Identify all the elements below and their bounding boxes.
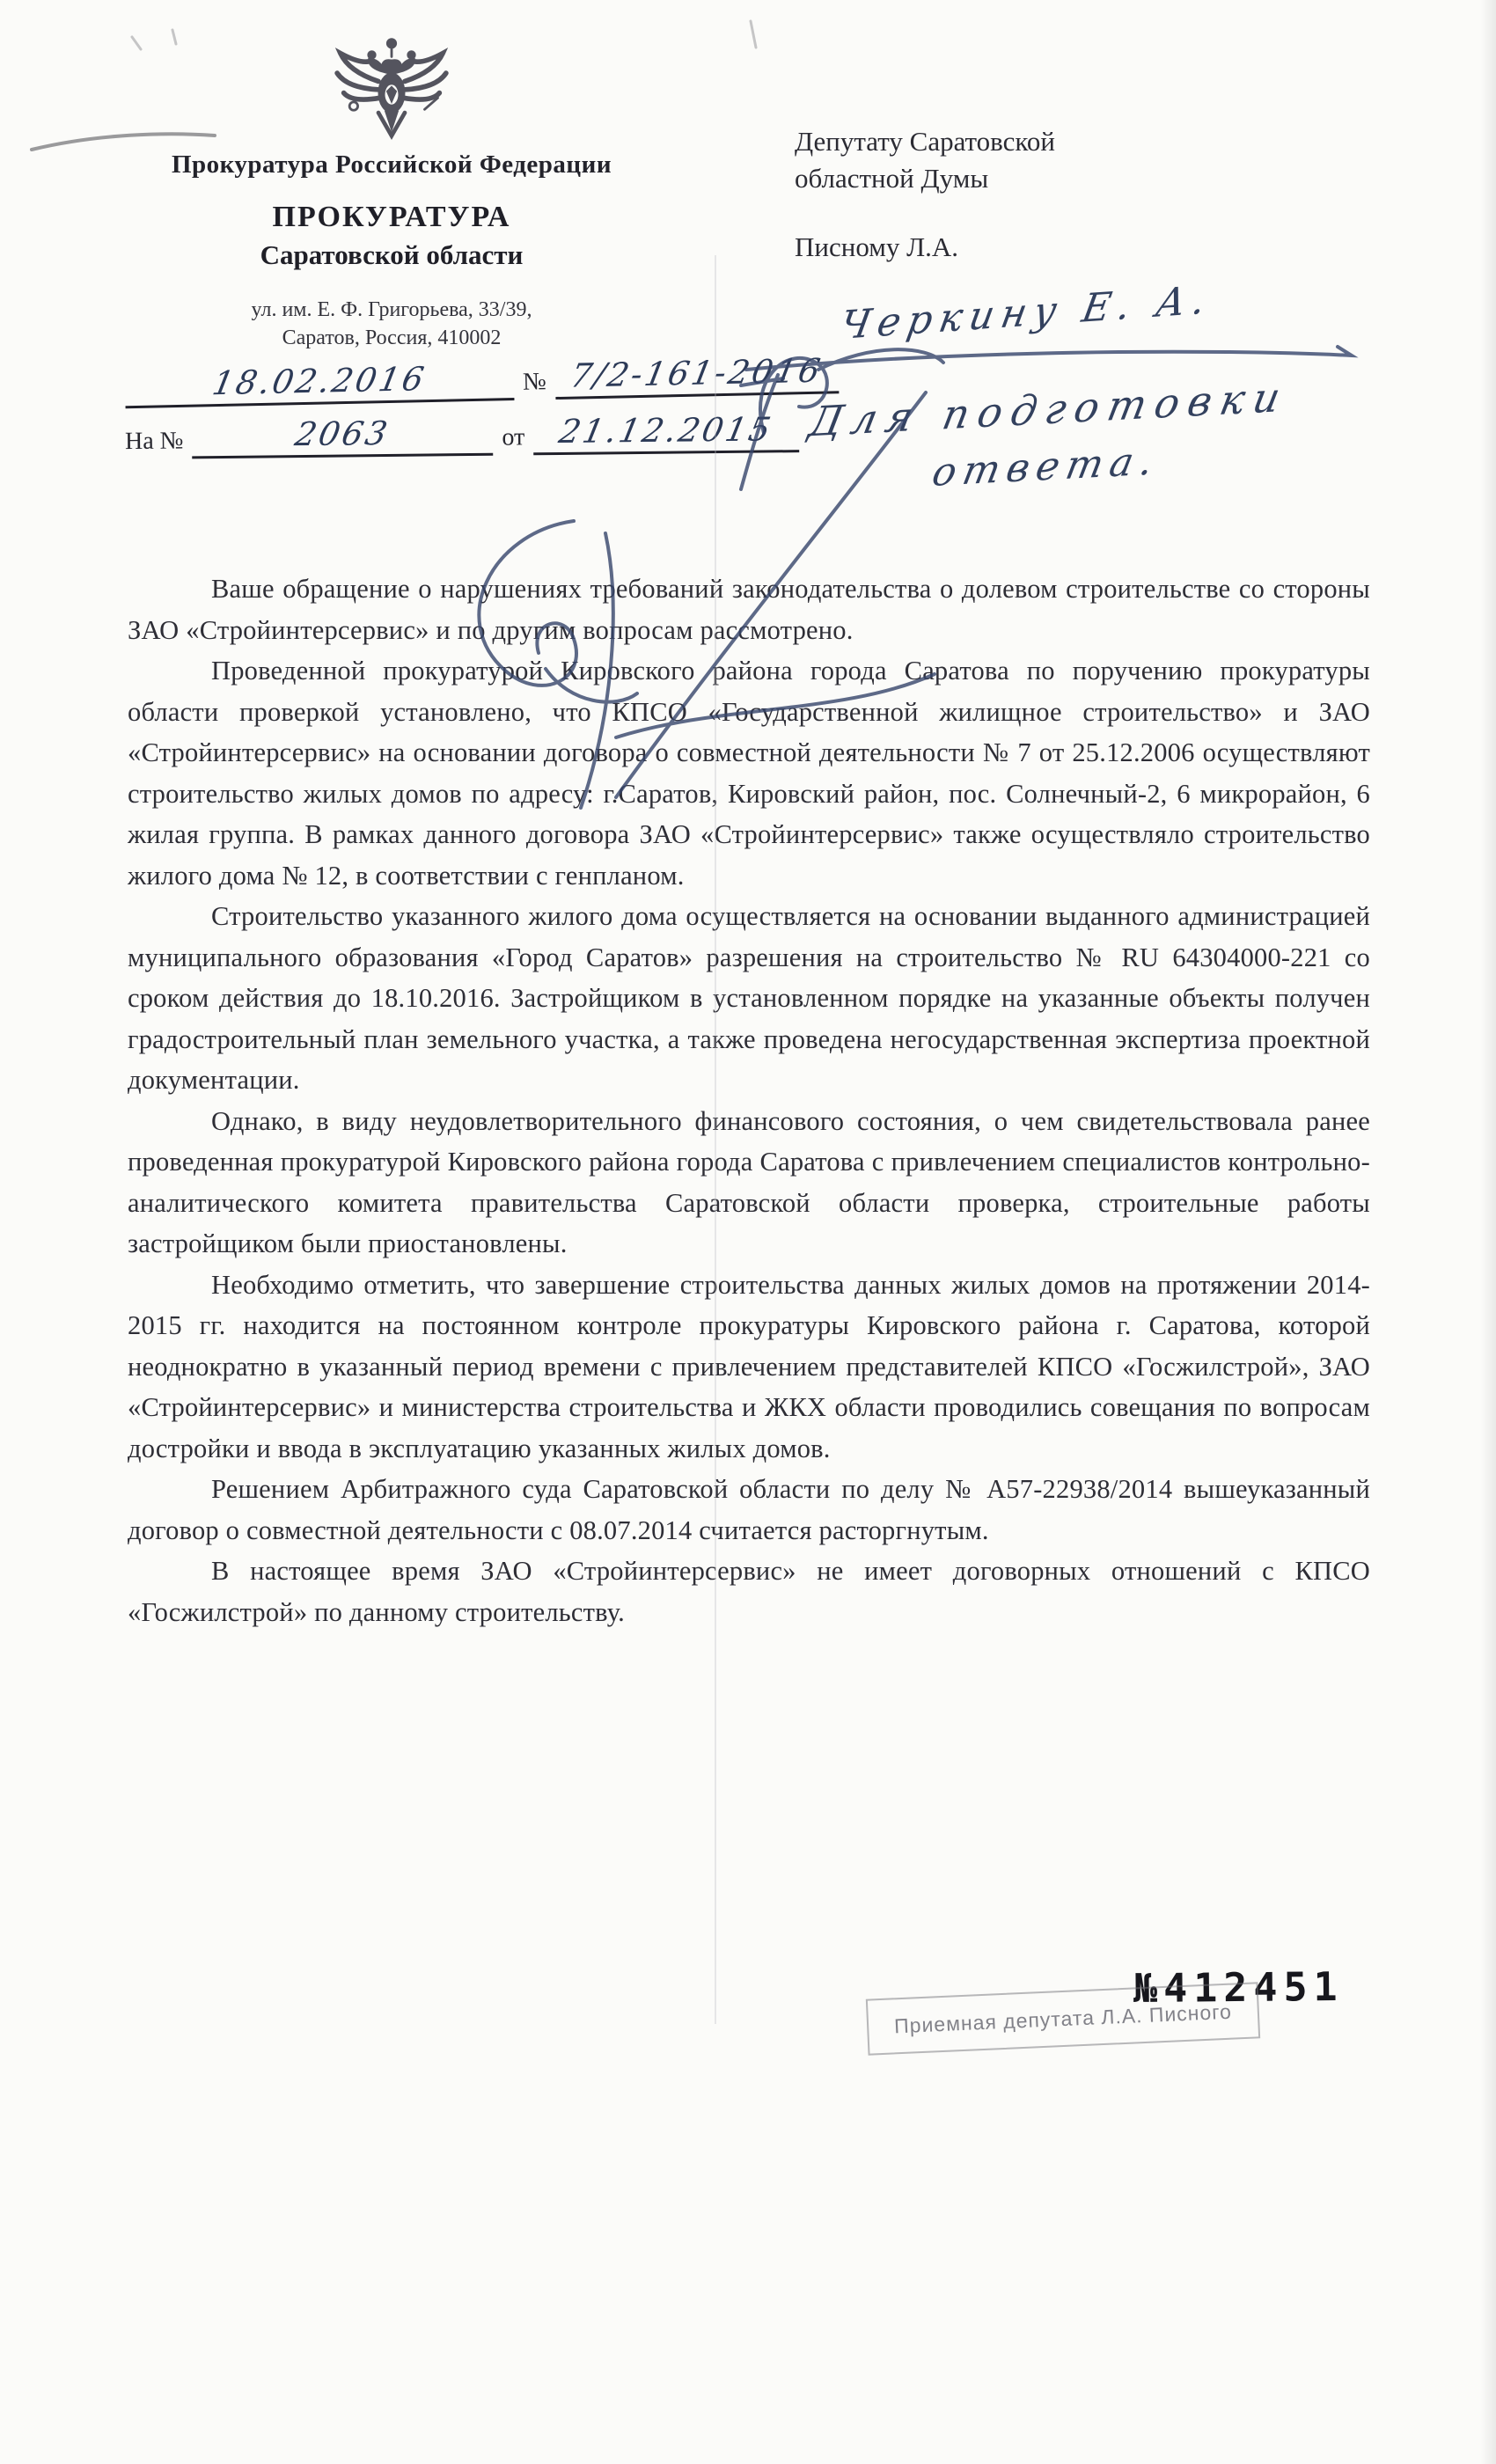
scan-artifact-vertical-line	[715, 255, 716, 2024]
paragraph-3: Строительство указанного жилого дома осу…	[128, 896, 1370, 1101]
org-federation-line: Прокуратура Российской Федерации	[110, 150, 673, 180]
deputy-reception-stamp-text: Приемная депутата Л.А. Писного	[894, 1999, 1233, 2038]
paragraph-6: Решением Арбитражного суда Саратовской о…	[128, 1469, 1370, 1551]
paragraph-4: Однако, в виду неудовлетворительного фин…	[128, 1101, 1370, 1265]
number-label: №	[514, 368, 555, 400]
org-address: ул. им. Е. Ф. Григорьева, 33/39, Саратов…	[110, 296, 673, 352]
handwritten-note-line1: Черкину Е. А.	[837, 277, 1216, 348]
in-reply-label: На №	[125, 427, 193, 459]
org-name: ПРОКУРАТУРА	[110, 201, 673, 234]
letter-number-field: 7/2-161-2016	[554, 351, 839, 400]
org-address-line1: ул. им. Е. Ф. Григорьева, 33/39,	[110, 296, 673, 324]
letter-number-value: 7/2-161-2016	[568, 352, 826, 395]
letter-date-field: 18.02.2016	[125, 358, 515, 408]
in-reply-date-value: 21.12.2015	[556, 410, 777, 451]
from-label: от	[493, 423, 533, 455]
org-address-line2: Саратов, Россия, 410002	[110, 324, 673, 352]
paragraph-7: В настоящее время ЗАО «Стройинтерсервис»…	[128, 1551, 1370, 1632]
recipient-name: Писному Л.А.	[795, 229, 1055, 266]
paragraph-5: Необходимо отметить, что завершение стро…	[128, 1265, 1370, 1470]
recipient-block: Депутату Саратовской областной Думы Писн…	[795, 123, 1055, 266]
letter-body: Ваше обращение о нарушениях требований з…	[128, 568, 1370, 1632]
paragraph-1: Ваше обращение о нарушениях требований з…	[128, 568, 1370, 650]
recipient-line2: областной Думы	[795, 160, 1055, 197]
letterhead: Прокуратура Российской Федерации ПРОКУРА…	[110, 33, 673, 352]
org-region: Саратовской области	[110, 239, 673, 271]
letter-date-value: 18.02.2016	[209, 360, 429, 402]
recipient-line1: Депутату Саратовской	[795, 123, 1055, 160]
handwritten-note-line3: ответа.	[928, 438, 1163, 495]
handwritten-note-line2: Для подготовки	[805, 372, 1293, 445]
in-reply-date-field: 21.12.2015	[533, 410, 799, 455]
paragraph-2: Проведенной прокуратурой Кировского райо…	[128, 650, 1370, 896]
coat-of-arms-russia-icon	[326, 33, 458, 145]
scanned-letter-page: Прокуратура Российской Федерации ПРОКУРА…	[0, 0, 1496, 2464]
in-reply-number-value: 2063	[292, 414, 393, 453]
deputy-reception-stamp: Приемная депутата Л.А. Писного	[866, 1982, 1260, 2055]
in-reply-number-field: 2063	[192, 414, 493, 459]
